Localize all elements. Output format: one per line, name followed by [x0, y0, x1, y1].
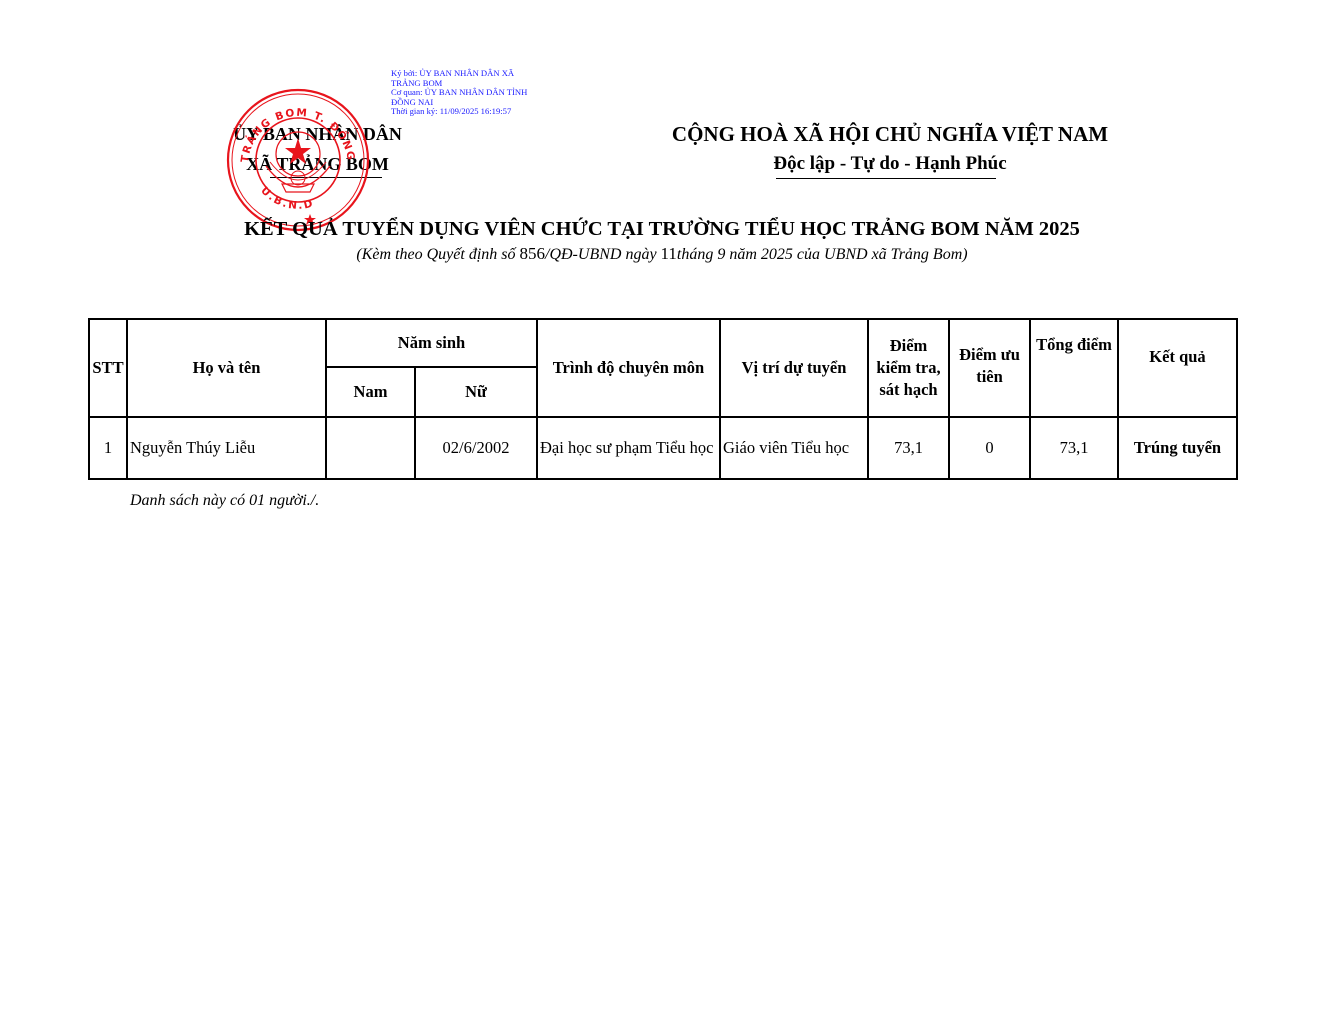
- header-female: Nữ: [415, 367, 537, 417]
- cell-male: [326, 417, 415, 479]
- cell-test-score: 73,1: [868, 417, 949, 479]
- agency-underline: [270, 177, 382, 178]
- header-birth-year: Năm sinh: [326, 319, 537, 367]
- cell-position: Giáo viên Tiểu học: [720, 417, 868, 479]
- motto-underline: [776, 178, 996, 179]
- header-priority-score: Điểm ưu tiên: [949, 319, 1030, 417]
- cell-total-score: 73,1: [1030, 417, 1118, 479]
- national-title: CỘNG HOÀ XÃ HỘI CHỦ NGHĨA VIỆT NAM: [600, 122, 1180, 147]
- national-motto: Độc lập - Tự do - Hạnh Phúc: [600, 153, 1180, 175]
- table-row: 1 Nguyễn Thúy Liễu 02/6/2002 Đại học sư …: [89, 417, 1237, 479]
- header-test-score: Điểm kiểm tra, sát hạch: [868, 319, 949, 417]
- list-count-note: Danh sách này có 01 người./.: [130, 492, 319, 510]
- decision-number: 856: [520, 244, 546, 263]
- header-result: Kết quả: [1118, 319, 1237, 417]
- header-qualification: Trình độ chuyên môn: [537, 319, 720, 417]
- agency-name-line2: XÃ TRẢNG BOM: [210, 154, 425, 175]
- cell-priority-score: 0: [949, 417, 1030, 479]
- svg-text:U.B.N.D: U.B.N.D: [258, 185, 315, 212]
- header-male: Nam: [326, 367, 415, 417]
- cell-result: Trúng tuyển: [1118, 417, 1237, 479]
- subtitle-prefix: (Kèm theo Quyết định số: [356, 246, 519, 263]
- header-position: Vị trí dự tuyển: [720, 319, 868, 417]
- document-subtitle: (Kèm theo Quyết định số 856/QĐ-UBND ngày…: [80, 244, 1244, 264]
- header-total-score: Tổng điểm: [1030, 319, 1118, 417]
- subtitle-mid: /QĐ-UBND ngày: [545, 246, 661, 263]
- header-name: Họ và tên: [127, 319, 326, 417]
- agency-name-line1: ỦY BAN NHÂN DÂN: [210, 124, 425, 145]
- results-table: STT Họ và tên Năm sinh Trình độ chuyên m…: [88, 318, 1238, 480]
- decision-day: 11: [661, 244, 677, 263]
- signature-line: Thời gian ký: 11/09/2025 16:19:57: [391, 107, 527, 117]
- cell-name: Nguyễn Thúy Liễu: [127, 417, 326, 479]
- subtitle-suffix: tháng 9 năm 2025 của UBND xã Trảng Bom): [677, 246, 968, 263]
- header-stt: STT: [89, 319, 127, 417]
- document-title: KẾT QUẢ TUYỂN DỤNG VIÊN CHỨC TẠI TRƯỜNG …: [80, 218, 1244, 241]
- cell-stt: 1: [89, 417, 127, 479]
- digital-signature-info: Ký bởi: ỦY BAN NHÂN DÂN XÃ TRẢNG BOM Cơ …: [391, 69, 527, 117]
- cell-female: 02/6/2002: [415, 417, 537, 479]
- cell-qualification: Đại học sư phạm Tiểu học: [537, 417, 720, 479]
